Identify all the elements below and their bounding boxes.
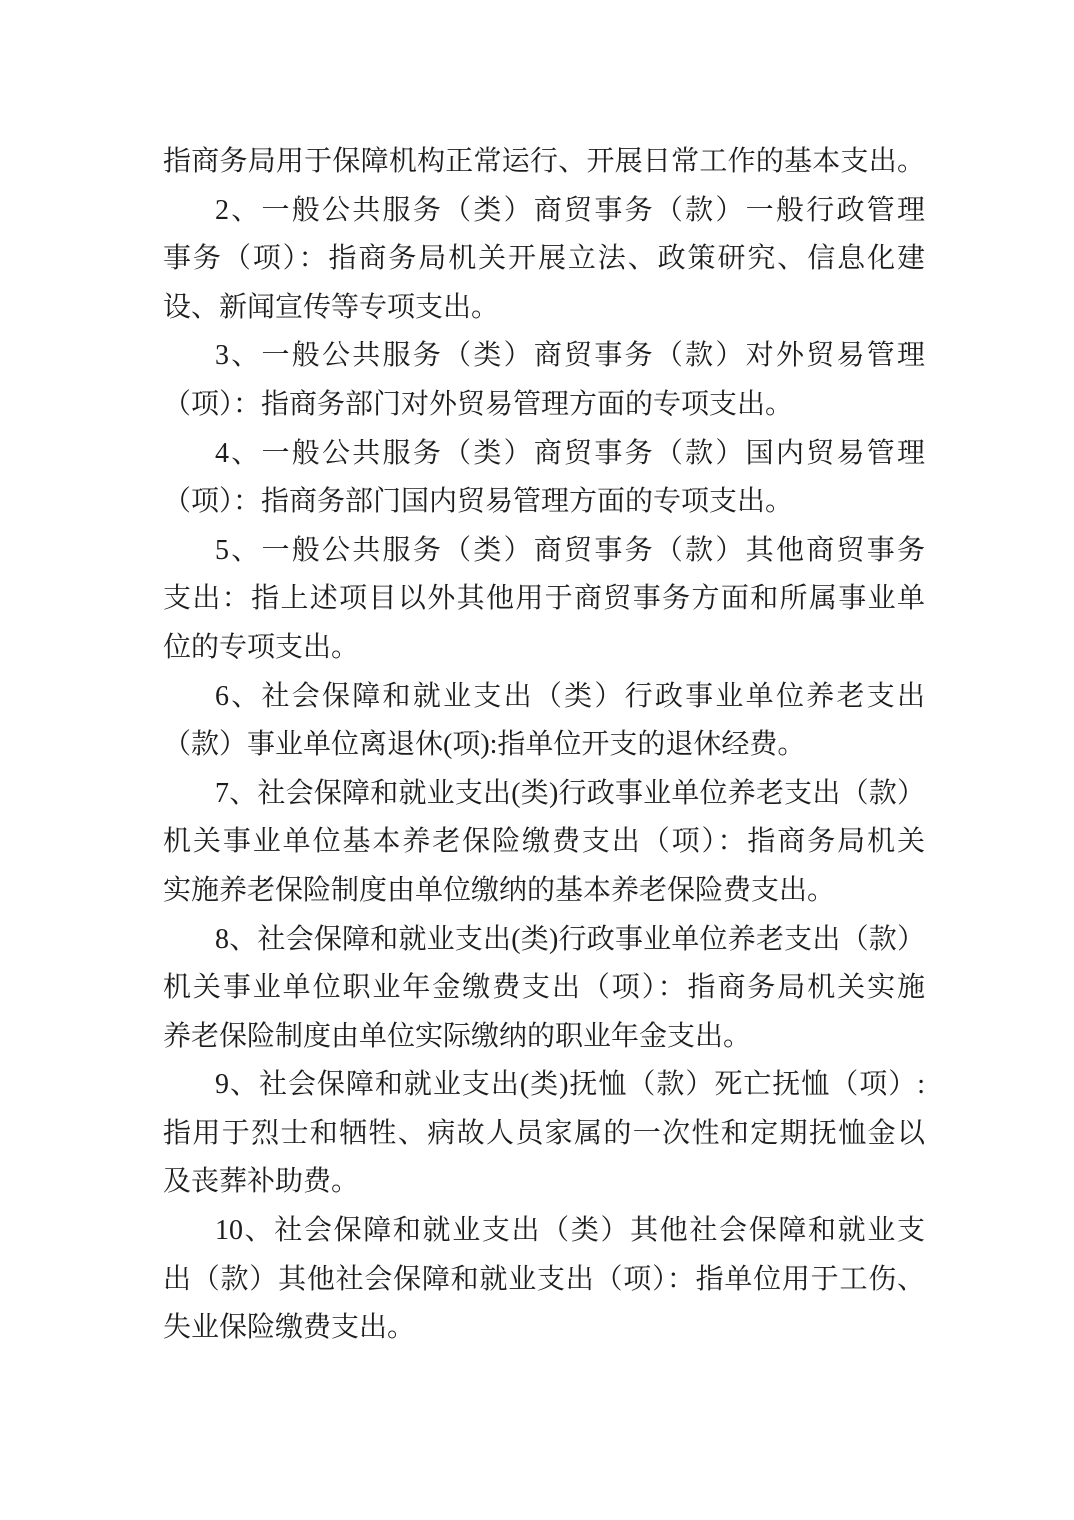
text-line: （项）：指商务部门国内贸易管理方面的专项支出。 <box>163 478 925 527</box>
text-line: 2、一般公共服务（类）商贸事务（款）一般行政管理 <box>163 187 925 236</box>
text-line: 机关事业单位职业年金缴费支出（项）：指商务局机关实施 <box>163 964 925 1013</box>
text-line: （项）：指商务部门对外贸易管理方面的专项支出。 <box>163 381 925 430</box>
text-line: 8、社会保障和就业支出(类)行政事业单位养老支出（款） <box>163 916 925 965</box>
text-line: 3、一般公共服务（类）商贸事务（款）对外贸易管理 <box>163 332 925 381</box>
text-line: 9、社会保障和就业支出(类)抚恤（款）死亡抚恤（项）: <box>163 1061 925 1110</box>
text-line: 6、社会保障和就业支出（类）行政事业单位养老支出 <box>163 673 925 722</box>
text-line: 4、一般公共服务（类）商贸事务（款）国内贸易管理 <box>163 430 925 479</box>
text-line: 养老保险制度由单位实际缴纳的职业年金支出。 <box>163 1013 925 1062</box>
text-line: 失业保险缴费支出。 <box>163 1304 925 1353</box>
text-line: 支出：指上述项目以外其他用于商贸事务方面和所属事业单 <box>163 575 925 624</box>
text-line: 7、社会保障和就业支出(类)行政事业单位养老支出（款） <box>163 770 925 819</box>
text-line: 实施养老保险制度由单位缴纳的基本养老保险费支出。 <box>163 867 925 916</box>
text-line: 机关事业单位基本养老保险缴费支出（项）：指商务局机关 <box>163 818 925 867</box>
text-line: 指商务局用于保障机构正常运行、开展日常工作的基本支出。 <box>163 138 925 187</box>
text-line: 事务（项）：指商务局机关开展立法、政策研究、信息化建 <box>163 235 925 284</box>
text-line: 10、社会保障和就业支出（类）其他社会保障和就业支 <box>163 1207 925 1256</box>
document-body: 指商务局用于保障机构正常运行、开展日常工作的基本支出。2、一般公共服务（类）商贸… <box>163 138 925 1353</box>
text-line: （款）事业单位离退休(项):指单位开支的退休经费。 <box>163 721 925 770</box>
text-line: 设、新闻宣传等专项支出。 <box>163 284 925 333</box>
text-line: 及丧葬补助费。 <box>163 1158 925 1207</box>
text-line: 5、一般公共服务（类）商贸事务（款）其他商贸事务 <box>163 527 925 576</box>
document-page: 指商务局用于保障机构正常运行、开展日常工作的基本支出。2、一般公共服务（类）商贸… <box>0 0 1074 1520</box>
text-line: 出（款）其他社会保障和就业支出（项）：指单位用于工伤、 <box>163 1256 925 1305</box>
text-line: 位的专项支出。 <box>163 624 925 673</box>
text-line: 指用于烈士和牺牲、病故人员家属的一次性和定期抚恤金以 <box>163 1110 925 1159</box>
